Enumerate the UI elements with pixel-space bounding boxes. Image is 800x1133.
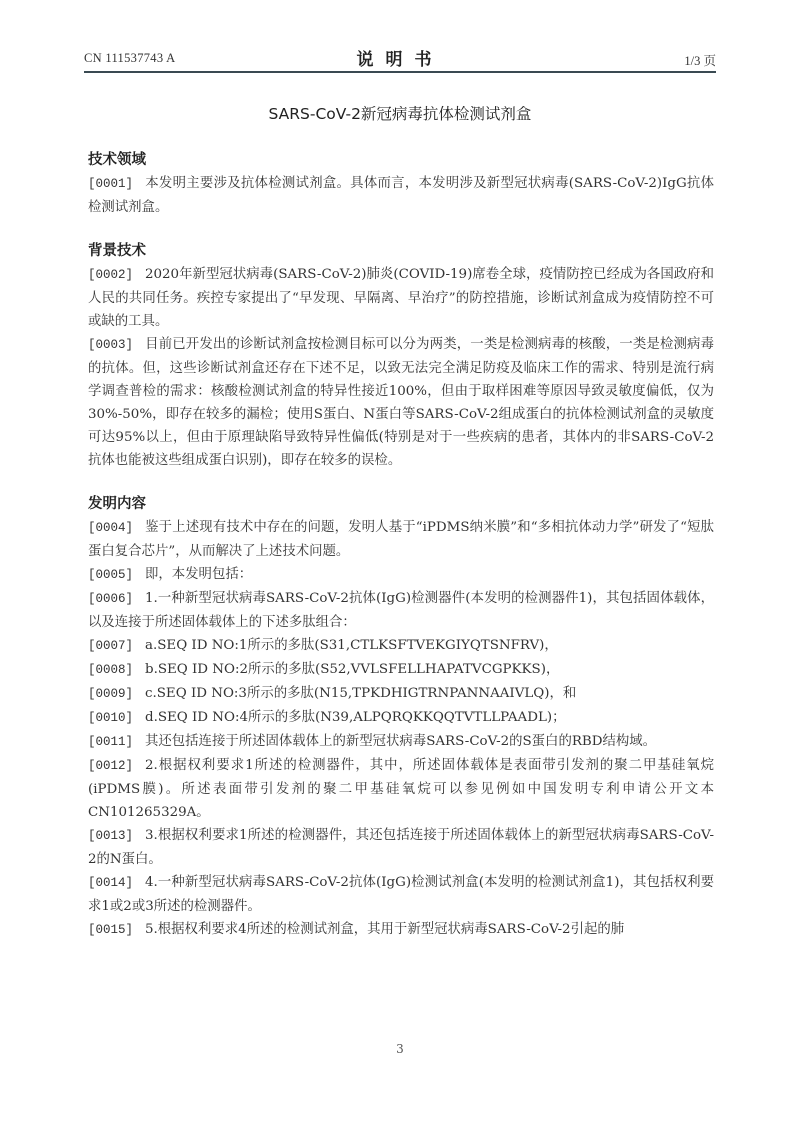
paragraph-number: [0012] [88, 755, 145, 778]
paragraph-number: [0004] [88, 517, 145, 540]
section-heading-background: 背景技术 [88, 239, 714, 263]
paragraph-number: [0008] [88, 659, 145, 682]
paragraph-text: c.SEQ ID NO:3所示的多肽(N15,TPKDHIGTRNPANNAAI… [145, 686, 576, 701]
paragraph-number: [0003] [88, 334, 145, 357]
paragraph: [0003]目前已开发出的诊断试剂盒按检测目标可以分为两类，一类是检测病毒的核酸… [88, 333, 714, 472]
paragraph-number: [0007] [88, 635, 145, 658]
paragraph-number: [0006] [88, 588, 145, 611]
page-number: 3 [0, 1042, 800, 1056]
paragraph: [0013]3.根据权利要求1所述的检测器件，其还包括连接于所述固体载体上的新型… [88, 824, 714, 871]
paragraph-text: 2020年新型冠状病毒(SARS-CoV-2)肺炎(COVID-19)席卷全球，… [88, 267, 714, 329]
paragraph-text: 4.一种新型冠状病毒SARS-CoV-2抗体(IgG)检测试剂盒(本发明的检测试… [88, 875, 714, 914]
paragraph-text: b.SEQ ID NO:2所示的多肽(S52,VVLSFELLHAPATVCGP… [145, 662, 559, 677]
paragraph: [0011]其还包括连接于所述固体载体上的新型冠状病毒SARS-CoV-2的S蛋… [88, 730, 714, 754]
paragraph: [0002]2020年新型冠状病毒(SARS-CoV-2)肺炎(COVID-19… [88, 263, 714, 333]
paragraph-number: [0014] [88, 872, 145, 895]
paragraph-text: 1.一种新型冠状病毒SARS-CoV-2抗体(IgG)检测器件(本发明的检测器件… [88, 591, 714, 630]
paragraph-text: 5.根据权利要求4所述的检测试剂盒，其用于新型冠状病毒SARS-CoV-2引起的… [145, 922, 624, 937]
paragraph-text: 3.根据权利要求1所述的检测器件，其还包括连接于所述固体载体上的新型冠状病毒SA… [88, 828, 714, 867]
section-heading-technical-field: 技术领域 [88, 148, 714, 172]
document-title: SARS-CoV-2新冠病毒抗体检测试剂盒 [0, 102, 800, 124]
paragraph-number: [0015] [88, 919, 145, 942]
page-indicator: 1/3 页 [684, 51, 716, 69]
paragraph-number: [0010] [88, 707, 145, 730]
paragraph: [0009]c.SEQ ID NO:3所示的多肽(N15,TPKDHIGTRNP… [88, 682, 714, 706]
paragraph-text: 本发明主要涉及抗体检测试剂盒。具体而言，本发明涉及新型冠状病毒(SARS-CoV… [88, 176, 714, 215]
paragraph-number: [0013] [88, 825, 145, 848]
paragraph: [0006]1.一种新型冠状病毒SARS-CoV-2抗体(IgG)检测器件(本发… [88, 587, 714, 634]
paragraph-text: a.SEQ ID NO:1所示的多肽(S31,CTLKSFTVEKGIYQTSN… [145, 638, 558, 653]
paragraph: [0001]本发明主要涉及抗体检测试剂盒。具体而言，本发明涉及新型冠状病毒(SA… [88, 172, 714, 219]
document-body: 技术领域 [0001]本发明主要涉及抗体检测试剂盒。具体而言，本发明涉及新型冠状… [88, 148, 714, 942]
paragraph: [0007]a.SEQ ID NO:1所示的多肽(S31,CTLKSFTVEKG… [88, 634, 714, 658]
paragraph: [0012]2.根据权利要求1所述的检测器件，其中，所述固体载体是表面带引发剂的… [88, 754, 714, 824]
paragraph-text: 鉴于上述现有技术中存在的问题，发明人基于“iPDMS纳米膜”和“多相抗体动力学”… [88, 520, 714, 559]
paragraph: [0010]d.SEQ ID NO:4所示的多肽(N39,ALPQRQKKQQT… [88, 706, 714, 730]
document-type: 说明书 [84, 45, 716, 70]
paragraph: [0014]4.一种新型冠状病毒SARS-CoV-2抗体(IgG)检测试剂盒(本… [88, 871, 714, 918]
paragraph-text: 其还包括连接于所述固体载体上的新型冠状病毒SARS-CoV-2的S蛋白的RBD结… [145, 734, 656, 749]
paragraph-text: 2.根据权利要求1所述的检测器件，其中，所述固体载体是表面带引发剂的聚二甲基硅氧… [88, 758, 714, 820]
paragraph: [0005]即，本发明包括： [88, 563, 714, 587]
paragraph-number: [0005] [88, 564, 145, 587]
paragraph: [0008]b.SEQ ID NO:2所示的多肽(S52,VVLSFELLHAP… [88, 658, 714, 682]
paragraph-number: [0011] [88, 731, 145, 754]
paragraph-text: 目前已开发出的诊断试剂盒按检测目标可以分为两类，一类是检测病毒的核酸，一类是检测… [88, 337, 714, 468]
page-header: CN 111537743 A 说明书 1/3 页 [84, 45, 716, 73]
paragraph: [0004]鉴于上述现有技术中存在的问题，发明人基于“iPDMS纳米膜”和“多相… [88, 516, 714, 563]
paragraph-number: [0002] [88, 264, 145, 287]
paragraph-number: [0001] [88, 173, 145, 196]
paragraph-text: d.SEQ ID NO:4所示的多肽(N39,ALPQRQKKQQTVTLLPA… [145, 710, 565, 725]
section-heading-invention-content: 发明内容 [88, 492, 714, 516]
paragraph-number: [0009] [88, 683, 145, 706]
paragraph-text: 即，本发明包括： [145, 567, 252, 582]
paragraph: [0015]5.根据权利要求4所述的检测试剂盒，其用于新型冠状病毒SARS-Co… [88, 918, 714, 942]
